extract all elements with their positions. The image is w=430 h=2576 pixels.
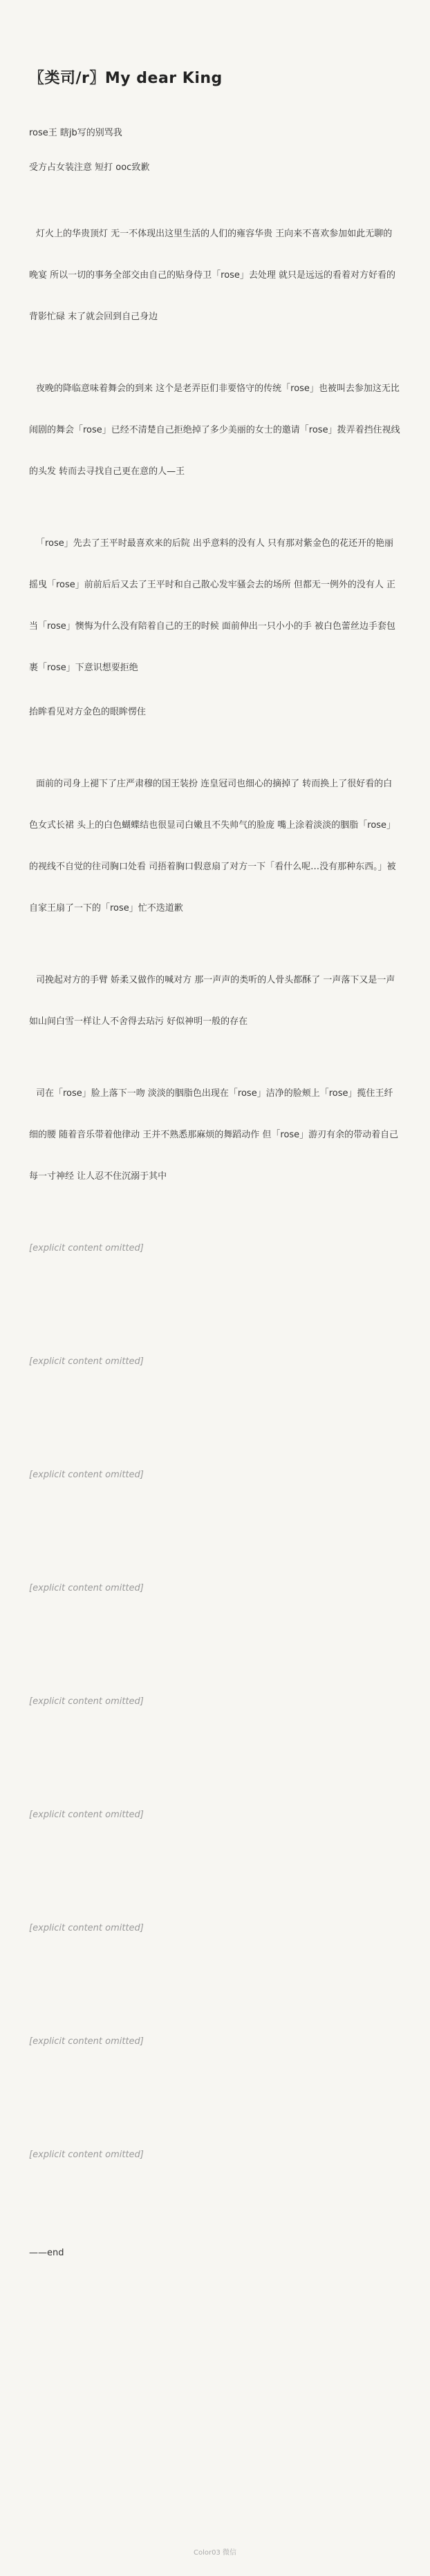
end-marker: ——end [29, 2248, 401, 2258]
content-warning: 受方占女装注意 短打 ooc致歉 [29, 161, 401, 175]
paragraph-text: 灯火上的华贵顶灯 无一不体现出这里生活的人们的雍容华贵 王向来不喜欢参加如此无聊… [29, 229, 395, 322]
paragraph-text: 夜晚的降临意味着舞会的到来 这个是老弄臣们非要恪守的传统「rose」也被叫去参加… [29, 383, 400, 477]
story-paragraph: 「rose」先去了王平时最喜欢来的后院 出乎意料的没有人 只有那对紫金色的花还开… [29, 523, 401, 689]
story-paragraph: 夜晚的降临意味着舞会的到来 这个是老弄臣们非要恪守的传统「rose」也被叫去参加… [29, 368, 401, 493]
omitted-paragraph: [explicit content omitted] [29, 1794, 401, 1877]
author-note: rose王 瞎jb写的别骂我 [29, 126, 401, 140]
footer-watermark: Color03 微信 [0, 2546, 430, 2557]
omitted-paragraph: [explicit content omitted] [29, 1568, 401, 1651]
paragraph-text: 「rose」先去了王平时最喜欢来的后院 出乎意料的没有人 只有那对紫金色的花还开… [29, 538, 395, 673]
story-paragraph: 司挽起对方的手臂 娇柔又做作的喊对方 那一声声的类听的人骨头都酥了 一声落下又是… [29, 960, 401, 1043]
omitted-paragraph: [explicit content omitted] [29, 2134, 401, 2217]
omitted-paragraph: [explicit content omitted] [29, 1228, 401, 1311]
omitted-paragraph: [explicit content omitted] [29, 2021, 401, 2104]
paragraph-text: 面前的司身上褪下了庄严肃穆的国王装扮 连皇冠司也细心的摘掉了 转而换上了很好看的… [29, 779, 396, 913]
omitted-paragraph: [explicit content omitted] [29, 1455, 401, 1537]
omitted-paragraph: [explicit content omitted] [29, 1681, 401, 1764]
omitted-section: [explicit content omitted][explicit cont… [29, 1228, 401, 2217]
story-paragraph: 灯火上的华贵顶灯 无一不体现出这里生活的人们的雍容华贵 王向来不喜欢参加如此无聊… [29, 214, 401, 338]
article-page: 〖类司/r〗My dear King rose王 瞎jb写的别骂我 受方占女装注… [0, 0, 430, 2576]
omitted-paragraph: [explicit content omitted] [29, 1908, 401, 1991]
paragraph-text: 司挽起对方的手臂 娇柔又做作的喊对方 那一声声的类听的人骨头都酥了 一声落下又是… [29, 975, 395, 1027]
story-paragraph: 抬眸看见对方金色的眼眸愣住 [29, 692, 401, 733]
article-title: 〖类司/r〗My dear King [29, 66, 401, 88]
paragraph-text: 司在「rose」脸上落下一吻 淡淡的胭脂色出现在「rose」洁净的脸颊上「ros… [29, 1088, 398, 1182]
story-paragraph: 面前的司身上褪下了庄严肃穆的国王装扮 连皇冠司也细心的摘掉了 转而换上了很好看的… [29, 764, 401, 929]
story-paragraph: 司在「rose」脸上落下一吻 淡淡的胭脂色出现在「rose」洁净的脸颊上「ros… [29, 1073, 401, 1197]
paragraph-text: 抬眸看见对方金色的眼眸愣住 [29, 707, 146, 717]
omitted-paragraph: [explicit content omitted] [29, 1341, 401, 1424]
